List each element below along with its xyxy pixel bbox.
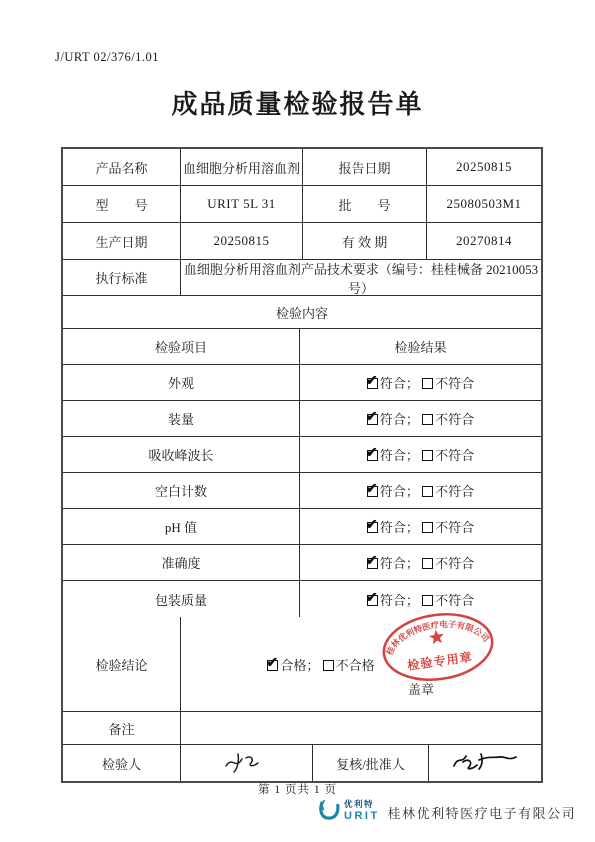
table-row: 型 号 URIT 5L 31 批 号 25080503M1 — [63, 186, 541, 223]
item-result: 符合； 不符合 — [300, 473, 541, 508]
checkbox-unchecked-icon — [422, 450, 433, 461]
conclusion-cell: 合格； 不合格 桂林优利特医疗电子有限公司 检验专用章 盖章 — [181, 617, 541, 711]
conclusion-label: 检验结论 — [63, 617, 181, 711]
inspection-item-row: 外观 符合； 不符合 — [63, 365, 541, 401]
item-name: pH 值 — [63, 509, 300, 544]
stamp-company-text: 桂林优利特医疗电子有限公司 — [380, 612, 492, 657]
item-result: 符合； 不符合 — [300, 509, 541, 544]
batch-label: 批 号 — [303, 186, 427, 222]
expiry-date-value: 20270814 — [427, 223, 541, 259]
result-fail-label: 不符合 — [435, 412, 474, 427]
table-row: 产品名称 血细胞分析用溶血剂 报告日期 20250815 — [63, 149, 541, 186]
table-row: 执行标准 血细胞分析用溶血剂产品技术要求（编号：桂桂械备 20210053 号） — [63, 260, 541, 296]
checkbox-checked-icon — [367, 558, 378, 569]
separator: ； — [406, 593, 419, 608]
production-date-label: 生产日期 — [63, 223, 181, 259]
separator: ； — [306, 658, 319, 673]
checkbox-unchecked-icon — [422, 486, 433, 497]
stamp-center-text: 检验专用章 — [406, 649, 473, 673]
checkbox-unchecked-icon — [422, 414, 433, 425]
checkbox-checked-icon — [367, 414, 378, 425]
checkbox-checked-icon — [267, 660, 278, 671]
checkbox-checked-icon — [367, 378, 378, 389]
section-title: 检验内容 — [63, 296, 541, 328]
checkbox-unchecked-icon — [422, 378, 433, 389]
item-name: 装量 — [63, 401, 300, 436]
inspection-item-row: 空白计数 符合； 不符合 — [63, 473, 541, 509]
model-label: 型 号 — [63, 186, 181, 222]
separator: ； — [406, 556, 419, 571]
inspector-signature-icon — [218, 750, 276, 776]
remark-value — [181, 712, 541, 744]
result-fail-label: 不符合 — [435, 556, 474, 571]
result-pass-label: 符合 — [380, 484, 406, 499]
separator: ； — [406, 376, 419, 391]
checkbox-unchecked-icon — [422, 558, 433, 569]
footer-company-name: 桂林优利特医疗电子有限公司 — [388, 803, 577, 822]
table-row: 检验人 复核/批准人 — [63, 745, 541, 781]
checkbox-checked-icon — [367, 595, 378, 606]
result-fail-label: 不符合 — [435, 484, 474, 499]
inspector-label: 检验人 — [63, 745, 181, 781]
product-name-label: 产品名称 — [63, 149, 181, 185]
inspection-item-row: 包装质量 符合； 不符合 — [63, 581, 541, 617]
page-number: 第 1 页共 1 页 — [0, 781, 595, 797]
checkbox-unchecked-icon — [422, 595, 433, 606]
remark-label: 备注 — [63, 712, 181, 744]
page-title: 成品质量检验报告单 — [0, 84, 595, 121]
model-value: URIT 5L 31 — [181, 186, 303, 222]
logo-en-text: URIT — [344, 811, 380, 822]
stamp-caption: 盖章 — [399, 679, 443, 698]
item-name: 外观 — [63, 365, 300, 400]
expiry-date-label: 有 效 期 — [303, 223, 427, 259]
document-code: J/URT 02/376/1.01 — [55, 50, 159, 65]
production-date-value: 20250815 — [181, 223, 303, 259]
inspector-signature — [181, 745, 313, 781]
standard-label: 执行标准 — [63, 260, 181, 295]
star-icon — [428, 629, 445, 645]
report-page: J/URT 02/376/1.01 成品质量检验报告单 产品名称 血细胞分析用溶… — [0, 0, 595, 842]
inspection-stamp: 桂林优利特医疗电子有限公司 检验专用章 — [375, 603, 502, 691]
logo-wordmark: 优利特 URIT — [344, 800, 380, 822]
approver-label: 复核/批准人 — [313, 745, 429, 781]
items-body: 外观 符合； 不符合 装量 符合； 不符合 吸收峰波长 符合； 不符合 空白计数 — [63, 365, 541, 617]
checkbox-checked-icon — [367, 486, 378, 497]
result-fail-label: 不符合 — [435, 520, 474, 535]
svg-text:桂林优利特医疗电子有限公司: 桂林优利特医疗电子有限公司 — [380, 612, 492, 657]
conclusion-result: 合格； 不合格 — [267, 655, 374, 674]
column-header-item: 检验项目 — [63, 329, 300, 364]
result-fail-label: 不符合 — [435, 593, 474, 608]
separator: ； — [406, 412, 419, 427]
result-pass-label: 符合 — [380, 448, 406, 463]
table-row: 检验项目 检验结果 — [63, 329, 541, 365]
result-pass-label: 符合 — [380, 520, 406, 535]
inspection-item-row: 准确度 符合； 不符合 — [63, 545, 541, 581]
footer-brand: 优利特 URIT 桂林优利特医疗电子有限公司 — [317, 798, 576, 824]
checkbox-checked-icon — [367, 522, 378, 533]
item-result: 符合； 不符合 — [300, 581, 541, 617]
item-result: 符合； 不符合 — [300, 545, 541, 580]
report-date-label: 报告日期 — [303, 149, 427, 185]
table-row: 检验内容 — [63, 296, 541, 329]
item-name: 包装质量 — [63, 581, 300, 617]
result-fail-label: 不符合 — [435, 448, 474, 463]
item-result: 符合； 不符合 — [300, 437, 541, 472]
result-pass-label: 符合 — [380, 412, 406, 427]
approver-signature-icon — [448, 748, 522, 778]
item-name: 吸收峰波长 — [63, 437, 300, 472]
item-result: 符合； 不符合 — [300, 401, 541, 436]
batch-value: 25080503M1 — [427, 186, 541, 222]
approver-signature — [429, 745, 541, 781]
item-name: 准确度 — [63, 545, 300, 580]
result-pass-label: 符合 — [380, 376, 406, 391]
separator: ； — [406, 448, 419, 463]
result-pass-label: 符合 — [380, 556, 406, 571]
result-pass-label: 符合 — [380, 593, 406, 608]
separator: ； — [406, 484, 419, 499]
item-name: 空白计数 — [63, 473, 300, 508]
inspection-item-row: 装量 符合； 不符合 — [63, 401, 541, 437]
checkbox-unchecked-icon — [422, 522, 433, 533]
checkbox-unchecked-icon — [323, 660, 334, 671]
standard-value: 血细胞分析用溶血剂产品技术要求（编号：桂桂械备 20210053 号） — [181, 260, 541, 295]
checkbox-checked-icon — [367, 450, 378, 461]
table-row: 备注 — [63, 712, 541, 745]
table-row: 检验结论 合格； 不合格 桂林优利特医疗电子有限公司 检验专用章 盖章 — [63, 617, 541, 712]
report-table: 产品名称 血细胞分析用溶血剂 报告日期 20250815 型 号 URIT 5L… — [61, 147, 543, 783]
result-fail-label: 不符合 — [435, 376, 474, 391]
conclusion-fail-label: 不合格 — [336, 658, 375, 673]
inspection-item-row: 吸收峰波长 符合； 不符合 — [63, 437, 541, 473]
logo-cn-text: 优利特 — [344, 800, 380, 809]
conclusion-pass-label: 合格 — [280, 658, 306, 673]
column-header-result: 检验结果 — [300, 329, 541, 364]
item-result: 符合； 不符合 — [300, 365, 541, 400]
table-row: 生产日期 20250815 有 效 期 20270814 — [63, 223, 541, 260]
inspection-item-row: pH 值 符合； 不符合 — [63, 509, 541, 545]
report-date-value: 20250815 — [427, 149, 541, 185]
urit-logo-icon — [317, 798, 341, 824]
separator: ； — [406, 520, 419, 535]
product-name-value: 血细胞分析用溶血剂 — [181, 149, 303, 185]
